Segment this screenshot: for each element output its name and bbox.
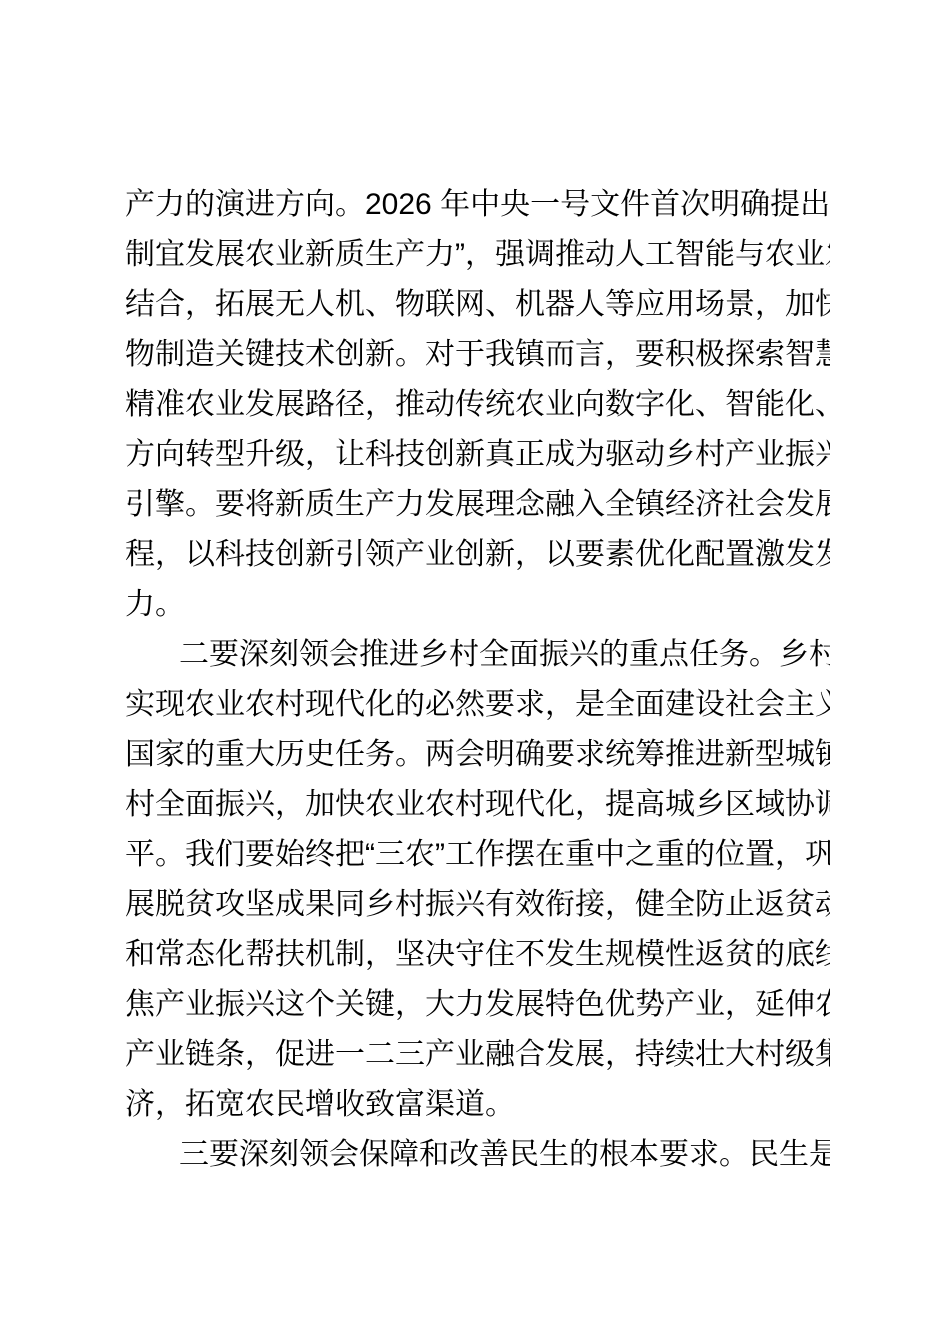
text-line: 济，拓宽农民增收致富渠道。 — [125, 1080, 830, 1130]
text-line: 产力的演进方向。2026 年中央一号文件首次明确提出“因地 — [125, 180, 830, 230]
text-line: 三要深刻领会保障和改善民生的根本要求。民生是最大的 — [125, 1130, 830, 1180]
paragraph: 三要深刻领会保障和改善民生的根本要求。民生是最大的 — [125, 1130, 830, 1180]
text-line: 引擎。要将新质生产力发展理念融入全镇经济社会发展全过 — [125, 480, 830, 530]
document-body: 产力的演进方向。2026 年中央一号文件首次明确提出“因地制宜发展农业新质生产力… — [125, 180, 830, 1180]
text-line: 平。我们要始终把“三农”工作摆在重中之重的位置，巩固拓 — [125, 830, 830, 880]
text-line: 展脱贫攻坚成果同乡村振兴有效衔接，健全防止返贫动态监测 — [125, 880, 830, 930]
text-line: 焦产业振兴这个关键，大力发展特色优势产业，延伸农畜产品 — [125, 980, 830, 1030]
document-page: 产力的演进方向。2026 年中央一号文件首次明确提出“因地制宜发展农业新质生产力… — [0, 0, 950, 1344]
text-line: 产业链条，促进一二三产业融合发展，持续壮大村级集体经 — [125, 1030, 830, 1080]
text-line: 二要深刻领会推进乡村全面振兴的重点任务。乡村振兴是 — [125, 630, 830, 680]
text-line: 国家的重大历史任务。两会明确要求统筹推进新型城镇化和乡 — [125, 730, 830, 780]
text-line: 实现农业农村现代化的必然要求，是全面建设社会主义现代化 — [125, 680, 830, 730]
text-line: 方向转型升级，让科技创新真正成为驱动乡村产业振兴的强大 — [125, 430, 830, 480]
paragraph: 二要深刻领会推进乡村全面振兴的重点任务。乡村振兴是实现农业农村现代化的必然要求，… — [125, 630, 830, 1130]
text-line: 程，以科技创新引领产业创新，以要素优化配置激发发展活 — [125, 530, 830, 580]
text-line: 制宜发展农业新质生产力”，强调推动人工智能与农业发展相 — [125, 230, 830, 280]
text-line: 结合，拓展无人机、物联网、机器人等应用场景，加快农业生 — [125, 280, 830, 330]
text-line: 精准农业发展路径，推动传统农业向数字化、智能化、绿色化 — [125, 380, 830, 430]
text-line: 村全面振兴，加快农业农村现代化，提高城乡区域协调发展水 — [125, 780, 830, 830]
paragraph: 产力的演进方向。2026 年中央一号文件首次明确提出“因地制宜发展农业新质生产力… — [125, 180, 830, 630]
text-line: 力。 — [125, 580, 830, 630]
text-line: 物制造关键技术创新。对于我镇而言，要积极探索智慧农业、 — [125, 330, 830, 380]
text-line: 和常态化帮扶机制，坚决守住不发生规模性返贫的底线。要聚 — [125, 930, 830, 980]
